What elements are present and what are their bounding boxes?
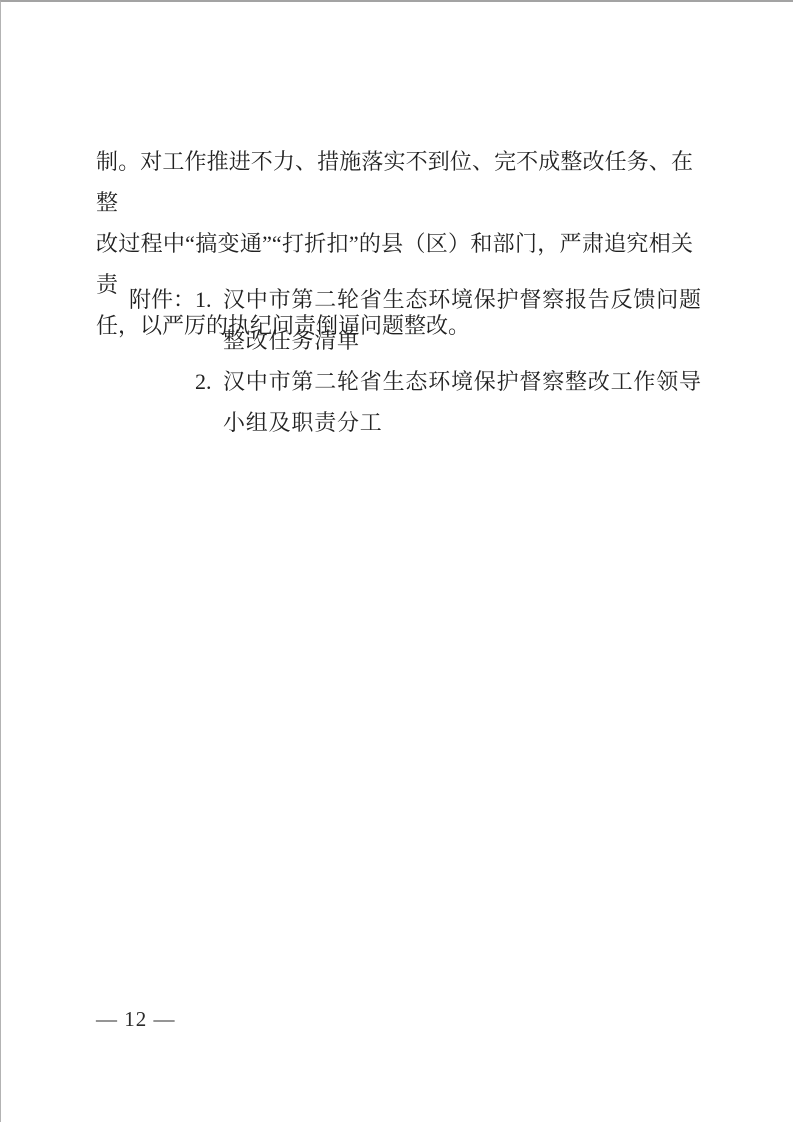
attachment-item-text: 汉中市第二轮省生态环境保护督察报告反馈问题 整改任务清单 bbox=[223, 279, 705, 361]
attachment-item-number: 2. bbox=[195, 361, 223, 443]
attachment-item-number: 1. bbox=[195, 279, 223, 361]
attachments-list: 1. 汉中市第二轮省生态环境保护督察报告反馈问题 整改任务清单 2. 汉中市第二… bbox=[195, 279, 705, 443]
attachments-block: 附件： 1. 汉中市第二轮省生态环境保护督察报告反馈问题 整改任务清单 2. 汉… bbox=[129, 279, 705, 443]
paragraph-line: 制。对工作推进不力、措施落实不到位、完不成整改任务、在整 bbox=[96, 141, 693, 223]
attachment-item-line: 整改任务清单 bbox=[223, 320, 705, 361]
attachments-label: 附件： bbox=[129, 279, 195, 443]
attachment-item-line: 小组及职责分工 bbox=[223, 402, 705, 443]
attachment-item-text: 汉中市第二轮省生态环境保护督察整改工作领导 小组及职责分工 bbox=[223, 361, 705, 443]
attachment-item-2: 2. 汉中市第二轮省生态环境保护督察整改工作领导 小组及职责分工 bbox=[195, 361, 705, 443]
document-page: 制。对工作推进不力、措施落实不到位、完不成整改任务、在整 改过程中“搞变通”“打… bbox=[0, 0, 793, 1122]
page-number: — 12 — bbox=[96, 1007, 176, 1032]
attachment-item-line: 汉中市第二轮省生态环境保护督察报告反馈问题 bbox=[223, 279, 705, 320]
attachment-item-line: 汉中市第二轮省生态环境保护督察整改工作领导 bbox=[223, 361, 705, 402]
attachment-item-1: 1. 汉中市第二轮省生态环境保护督察报告反馈问题 整改任务清单 bbox=[195, 279, 705, 361]
